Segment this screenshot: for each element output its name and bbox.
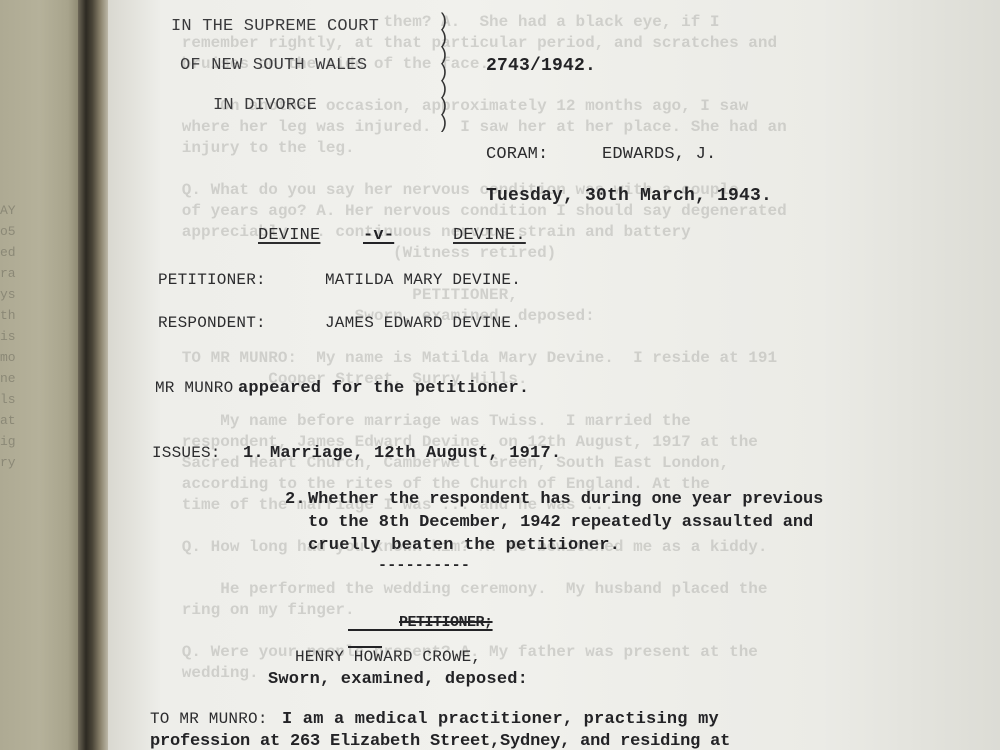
court-line-2: OF NEW SOUTH WALES	[180, 56, 367, 75]
court-line-1: IN THE SUPREME COURT	[171, 17, 379, 36]
court-line-3: IN DIVORCE	[213, 96, 317, 115]
brace: ) ) ) ) ) ) )	[438, 14, 449, 133]
issue-2-line-2: to the 8th December, 1942 repeatedly ass…	[308, 513, 813, 532]
testimony-line-1: I am a medical practitioner, practising …	[282, 710, 719, 729]
book-gutter	[78, 0, 110, 750]
testimony-line-2: profession at 263 Elizabeth Street,Sydne…	[150, 732, 730, 750]
examiner-label: TO MR MUNRO:	[150, 710, 268, 728]
left-facing-page: AY o5 ed ra ys th is mo ne ls at ig ry	[0, 0, 80, 750]
issue-2-line-1: Whether the respondent has during one ye…	[308, 490, 823, 509]
respondent-label: RESPONDENT:	[158, 314, 266, 332]
case-party-2: DEVINE.	[453, 226, 526, 245]
case-party-1: DEVINE	[258, 226, 320, 245]
issue-2-line-3: cruelly beaten the petitioner.	[308, 536, 620, 555]
counsel-name: MR MUNRO	[155, 379, 233, 397]
coram-label: CORAM:	[486, 145, 548, 164]
petitioner-name: MATILDA MARY DEVINE.	[325, 271, 521, 289]
left-page-margin-text: AY o5 ed ra ys th is mo ne ls at ig ry	[0, 200, 30, 473]
hearing-date: Tuesday, 30th March, 1943.	[486, 186, 772, 206]
document-photo: AY o5 ed ra ys th is mo ne ls at ig ry t…	[0, 0, 1000, 750]
issue-2-number: 2.	[285, 490, 306, 509]
witness-status: Sworn, examined, deposed:	[268, 670, 528, 689]
issue-1-text: Marriage, 12th August, 1917.	[270, 444, 561, 463]
struck-heading-text: PETITIONER;	[399, 614, 493, 631]
petitioner-label: PETITIONER:	[158, 271, 266, 289]
respondent-name: JAMES EDWARD DEVINE.	[325, 314, 521, 332]
issues-label: ISSUES:	[152, 444, 221, 462]
struck-heading: PETITIONER;	[348, 597, 493, 648]
case-versus: -v-	[363, 226, 394, 245]
typewritten-page: them? A. She had a black eye, if I remem…	[108, 0, 1000, 750]
appearance-text: appeared for the petitioner.	[238, 379, 529, 398]
witness-name: HENRY HOWARD CROWE,	[295, 648, 481, 666]
case-number: 2743/1942.	[486, 56, 596, 76]
issue-1-number: 1.	[243, 444, 264, 463]
section-rule: ----------	[378, 557, 470, 574]
coram-judge: EDWARDS, J.	[602, 145, 716, 164]
